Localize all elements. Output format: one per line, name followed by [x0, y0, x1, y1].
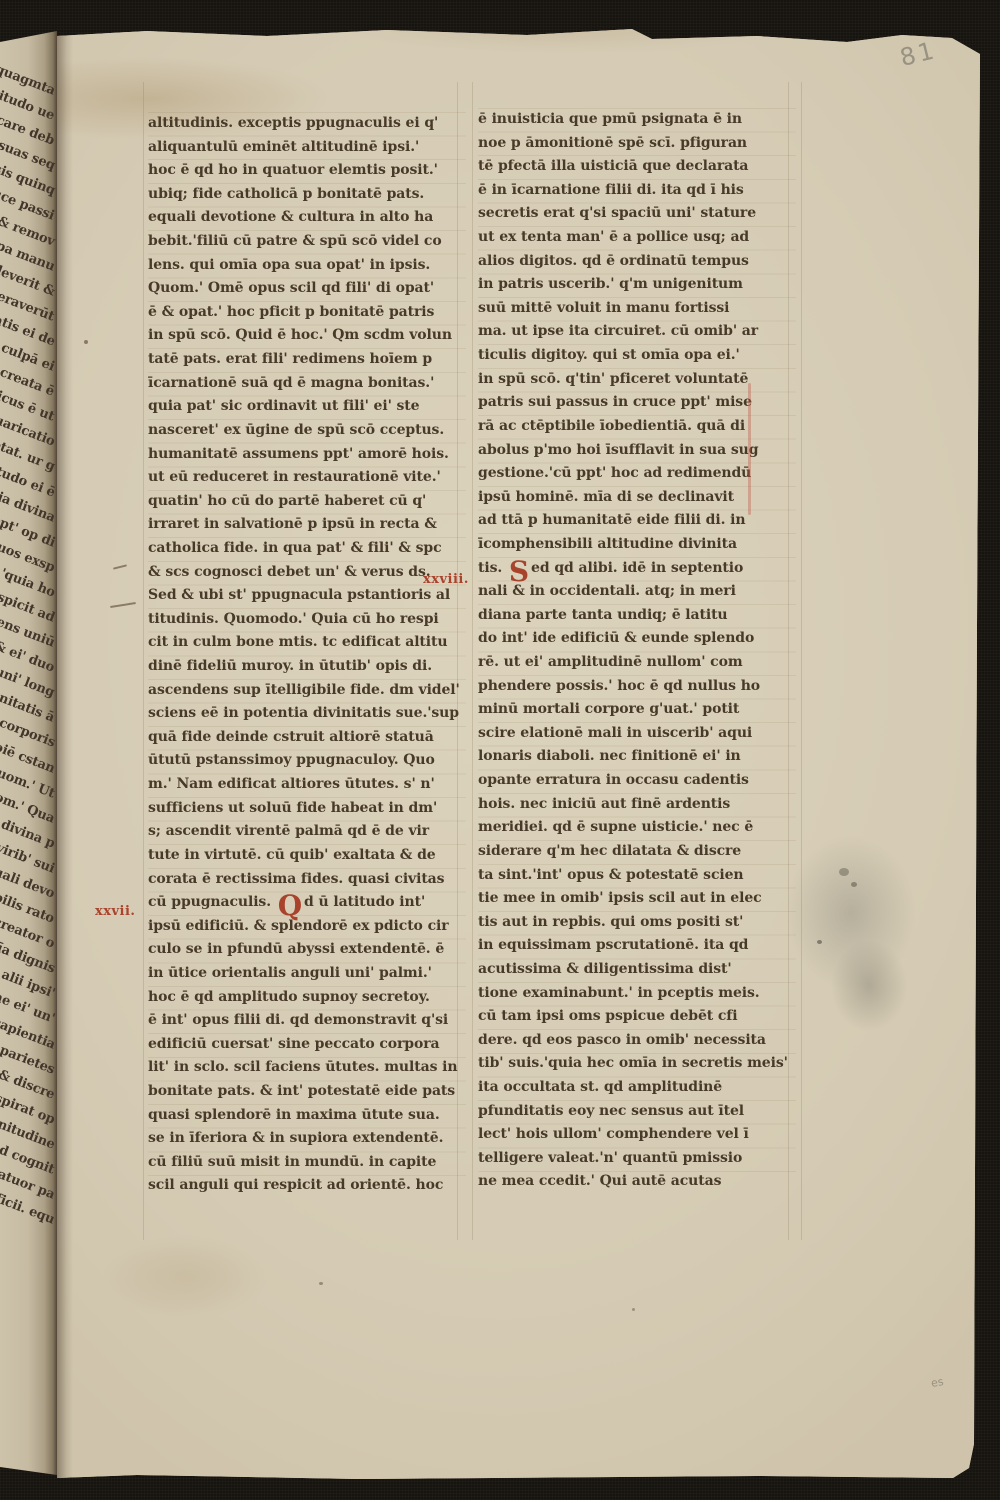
gutter-shadow — [57, 26, 73, 1480]
text-line: ne mea ccedit.' Qui autē acutas — [478, 1170, 796, 1194]
text-line: in ūtice orientalis anguli uni' palmi.' — [148, 962, 466, 986]
text-line: īcarnationē suā qd ē magna bonitas.' — [148, 372, 466, 396]
text-line: telligere valeat.'n' quantū pmissio — [478, 1147, 796, 1171]
text-line: acutissima & diligentissima dist' — [478, 958, 796, 982]
text-line: ticulis digitoy. qui st omīa opa ei.' — [478, 344, 796, 368]
text-line: lit' in sclo. scil faciens ūtutes. multa… — [148, 1056, 466, 1080]
ink-speck — [632, 1308, 635, 1311]
ruling-line-vertical — [143, 82, 144, 1240]
margin-pen-dash — [110, 602, 136, 608]
text-line: quasi splendorē in maxima ūtute sua. — [148, 1104, 466, 1128]
text-line: rē. ut ei' amplitudinē nullom' com — [478, 651, 796, 675]
text-line: tatē pats. erat fili' redimens hoīem p — [148, 348, 466, 372]
text-line: irraret in salvationē p ipsū in recta & — [148, 513, 466, 537]
margin-pen-dash — [113, 564, 127, 569]
text-line: edificiū cuersat' sine peccato corpora — [148, 1033, 466, 1057]
text-line: Quom.' Omē opus scil qd fili' di opat' — [148, 277, 466, 301]
text-line: noe p āmonitionē spē scī. pfiguran — [478, 132, 796, 156]
folio-number: 81 — [897, 36, 939, 72]
text-line: ita occultata st. qd amplitudinē — [478, 1076, 796, 1100]
text-line: & scs cognosci debet un' & verus ds. — [148, 561, 466, 585]
stain-speck — [839, 868, 849, 876]
text-line: bebit.'filiū cū patre & spū scō videl co — [148, 230, 466, 254]
text-line: tē pfectā illa uisticiā que declarata — [478, 155, 796, 179]
text-line: cū filiū suū misit in mundū. in capite — [148, 1151, 466, 1175]
text-line: Sed & ubi st' ppugnacula pstantioris al — [148, 584, 466, 608]
text-line: tis. Sed qd alibi. idē in septentio — [478, 557, 796, 581]
text-line: scil anguli qui respicit ad orientē. hoc — [148, 1174, 466, 1198]
text-line: quatin' ho cū do partē haberet cū q' — [148, 490, 466, 514]
text-column-left: altitudinis. exceptis ppugnaculis ei q'a… — [148, 112, 466, 1198]
text-line: ūtutū pstanssimoy ppugnaculoy. Quo — [148, 749, 466, 773]
text-line: se in īferiora & in supiora extendentē. — [148, 1127, 466, 1151]
text-line: quia pat' sic ordinavit ut fili' ei' ste — [148, 395, 466, 419]
text-line: siderare q'm hec dilatata & discre — [478, 840, 796, 864]
text-line: lonaris diaboli. nec finitionē ei' in — [478, 745, 796, 769]
text-line: ut eū reduceret in restaurationē vite.' — [148, 466, 466, 490]
text-line: cū ppugnaculis. Qd ū latitudo int' — [148, 891, 466, 915]
text-line: culo se in pfundū abyssi extendentē. ē — [148, 938, 466, 962]
text-line: phendere possis.' hoc ē qd nullus ho — [478, 675, 796, 699]
ink-speck — [319, 1282, 323, 1285]
text-line: sciens eē in potentia divinitatis sue.'s… — [148, 702, 466, 726]
text-line: īcomphensibili altitudine divinita — [478, 533, 796, 557]
text-line: nali & in occidentali. atq; in meri — [478, 580, 796, 604]
text-line: in equissimam pscrutationē. ita qd — [478, 934, 796, 958]
text-line: dinē fideliū muroy. in ūtutib' opis di. — [148, 655, 466, 679]
pencil-smudge: es — [930, 1375, 945, 1390]
text-line: ē int' opus filii di. qd demonstravit q'… — [148, 1009, 466, 1033]
manuscript-page: 81 altitudinis. exceptis ppugnaculis ei … — [57, 26, 980, 1480]
text-line: s; ascendit virentē palmā qd ē de vir — [148, 820, 466, 844]
text-line: suū mittē voluit in manu fortissi — [478, 297, 796, 321]
text-line: secretis erat q'si spaciū uni' stature — [478, 202, 796, 226]
text-line: bonitate pats. & int' potestatē eide pat… — [148, 1080, 466, 1104]
text-line: tis aut in repbis. qui oms positi st' — [478, 911, 796, 935]
text-line: tu ipsi' edificii. equ — [0, 1211, 57, 1236]
text-line: tib' suis.'quia hec omīa in secretis mei… — [478, 1052, 796, 1076]
text-line: cū tam ipsi oms pspicue debēt cfi — [478, 1005, 796, 1029]
text-line: scire elationē mali in uiscerib' aqui — [478, 722, 796, 746]
text-line: tute in virtutē. cū quib' exaltata & de — [148, 844, 466, 868]
text-line: ut ex tenta man' ē a pollice usq; ad — [478, 226, 796, 250]
text-line: catholica fide. in qua pat' & fili' & sp… — [148, 537, 466, 561]
text-line: nasceret' ex ūgine de spū scō cceptus. — [148, 419, 466, 443]
text-column-right: ē inuisticia que pmū psignata ē innoe p … — [478, 108, 796, 1194]
text-line: in spū scō. Quid ē hoc.' Qm scdm volun — [148, 324, 466, 348]
text-line: ē inuisticia que pmū psignata ē in — [478, 108, 796, 132]
text-line: sufficiens ut soluū fide habeat in dm' — [148, 797, 466, 821]
red-ink-offset-mark — [748, 383, 751, 515]
text-line: do int' ide edificiū & eunde splendo — [478, 627, 796, 651]
text-line: lect' hois ullom' comphendere vel ī — [478, 1123, 796, 1147]
text-line: alios digitos. qd ē ordinatū tempus — [478, 250, 796, 274]
text-line: hoc ē qd ho in quatuor elemtis posit.' — [148, 159, 466, 183]
text-line: titudinis. Quomodo.' Quia cū ho respi — [148, 608, 466, 632]
text-line: quā fide deinde cstruit altiorē statuā — [148, 726, 466, 750]
text-line: ma. ut ipse ita circuiret. cū omib' ar — [478, 320, 796, 344]
text-line: ubiq; fide catholicā p bonitatē pats. — [148, 183, 466, 207]
text-line: diana parte tanta undiq; ē latitu — [478, 604, 796, 628]
text-line: tione examinabunt.' in pceptis meis. — [478, 982, 796, 1006]
text-line: tie mee in omib' ipsis scil aut in elec — [478, 887, 796, 911]
text-line: meridiei. qd ē supne uisticie.' nec ē — [478, 816, 796, 840]
text-line: lens. qui omīa opa sua opat' in ipsis. — [148, 254, 466, 278]
stain-speck — [817, 940, 822, 944]
text-line: opante erratura in occasu cadentis — [478, 769, 796, 793]
ink-speck — [84, 340, 88, 344]
text-line: hoc ē qd amplitudo supnoy secretoy. — [148, 986, 466, 1010]
text-line: ipsū edificiū. & splendorē ex pdicto cir — [148, 915, 466, 939]
text-line: altitudinis. exceptis ppugnaculis ei q' — [148, 112, 466, 136]
stain-speck — [851, 882, 857, 887]
text-line: ascendens sup ītelligibile fide. dm vide… — [148, 679, 466, 703]
ruling-line-vertical — [472, 82, 473, 1240]
text-line: ē & opat.' hoc pficit p bonitatē patris — [148, 301, 466, 325]
text-line: corata ē rectissima fides. quasi civitas — [148, 868, 466, 892]
text-line: equali devotione & cultura in alto ha — [148, 206, 466, 230]
text-line: m.' Nam edificat altiores ūtutes. s' n' — [148, 773, 466, 797]
chapter-number-xxviii: xxviii. — [423, 572, 469, 587]
text-line: aliquantulū eminēt altitudinē ipsi.' — [148, 136, 466, 160]
text-line: in patris uscerib.' q'm unigenitum — [478, 273, 796, 297]
previous-page-edge: ī ē quinquagmtaomis latitudo uedi edific… — [0, 26, 57, 1480]
chapter-number-xxvii: xxvii. — [95, 904, 135, 919]
text-line: ē in īcarnatione filii di. ita qd ī his — [478, 179, 796, 203]
text-line: cit in culm bone mtis. tc edificat altit… — [148, 631, 466, 655]
text-line: minū mortali corpore g'uat.' potit — [478, 698, 796, 722]
text-line: hois. nec iniciū aut finē ardentis — [478, 793, 796, 817]
text-line: dere. qd eos pasco in omib' necessita — [478, 1029, 796, 1053]
ruling-line-vertical — [801, 82, 802, 1240]
text-line: humanitatē assumens ppt' amorē hois. — [148, 443, 466, 467]
text-line: pfunditatis eoy nec sensus aut ītel — [478, 1100, 796, 1124]
text-line: ta sint.'int' opus & potestatē scien — [478, 864, 796, 888]
